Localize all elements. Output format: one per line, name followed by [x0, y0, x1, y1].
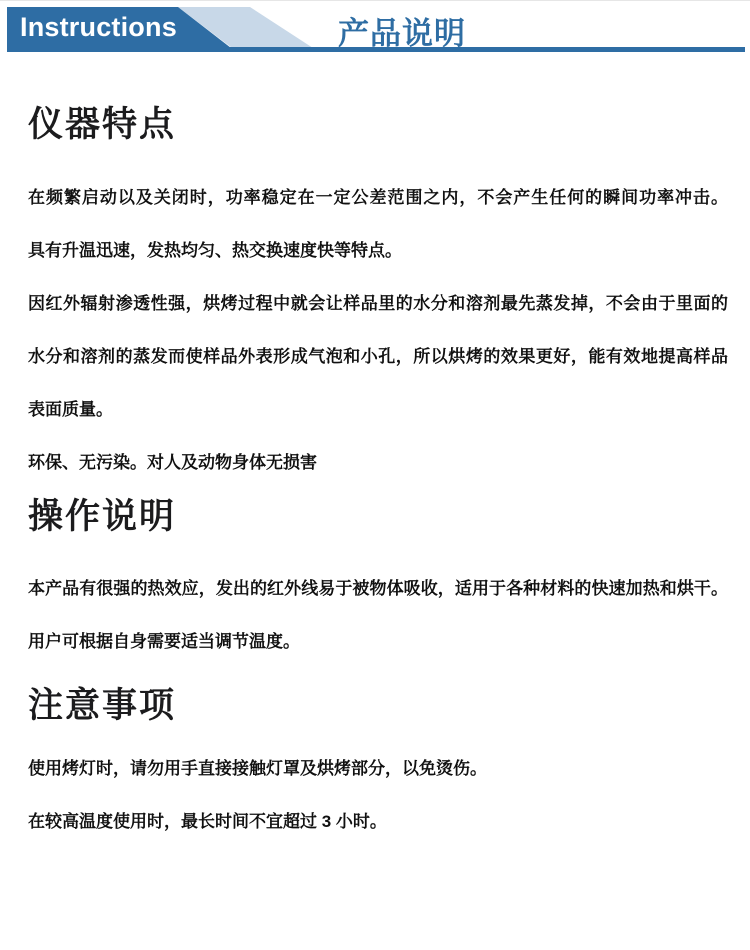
body-line: 在频繁启动以及关闭时，功率稳定在一定公差范围之内，不会产生任何的瞬间功率冲击。 — [28, 171, 728, 224]
body-line: 表面质量。 — [28, 383, 728, 436]
page-header: Instructions 产品说明 — [0, 1, 750, 53]
section-heading-features: 仪器特点 — [28, 105, 728, 145]
body-line: 本产品有很强的热效应，发出的红外线易于被物体吸收，适用于各种材料的快速加热和烘干… — [28, 562, 728, 615]
body-line: 具有升温迅速，发热均匀、热交换速度快等特点。 — [28, 224, 728, 277]
document-body: 仪器特点 在频繁启动以及关闭时，功率稳定在一定公差范围之内，不会产生任何的瞬间功… — [0, 105, 750, 848]
header-rule-divider — [7, 47, 745, 52]
body-line: 因红外辐射渗透性强，烘烤过程中就会让样品里的水分和溶剂最先蒸发掉，不会由于里面的 — [28, 277, 728, 330]
body-line: 环保、无污染。对人及动物身体无损害 — [28, 436, 728, 489]
instructions-tab-label: Instructions — [20, 12, 177, 42]
section-operation-text: 本产品有很强的热效应，发出的红外线易于被物体吸收，适用于各种材料的快速加热和烘干… — [28, 562, 728, 668]
section-heading-operation: 操作说明 — [28, 497, 728, 537]
body-line: 用户可根据自身需要适当调节温度。 — [28, 615, 728, 668]
body-line: 在较高温度使用时，最长时间不宜超过 3 小时。 — [28, 795, 728, 848]
section-heading-precautions: 注意事项 — [28, 686, 728, 726]
section-features-text: 在频繁启动以及关闭时，功率稳定在一定公差范围之内，不会产生任何的瞬间功率冲击。 … — [28, 171, 728, 489]
body-line: 使用烤灯时，请勿用手直接接触灯罩及烘烤部分，以免烫伤。 — [28, 742, 728, 795]
section-precautions-text: 使用烤灯时，请勿用手直接接触灯罩及烘烤部分，以免烫伤。 在较高温度使用时，最长时… — [28, 742, 728, 848]
instructions-page: Instructions 产品说明 仪器特点 在频繁启动以及关闭时，功率稳定在一… — [0, 0, 750, 950]
body-line: 水分和溶剂的蒸发而使样品外表形成气泡和小孔，所以烘烤的效果更好，能有效地提高样品 — [28, 330, 728, 383]
